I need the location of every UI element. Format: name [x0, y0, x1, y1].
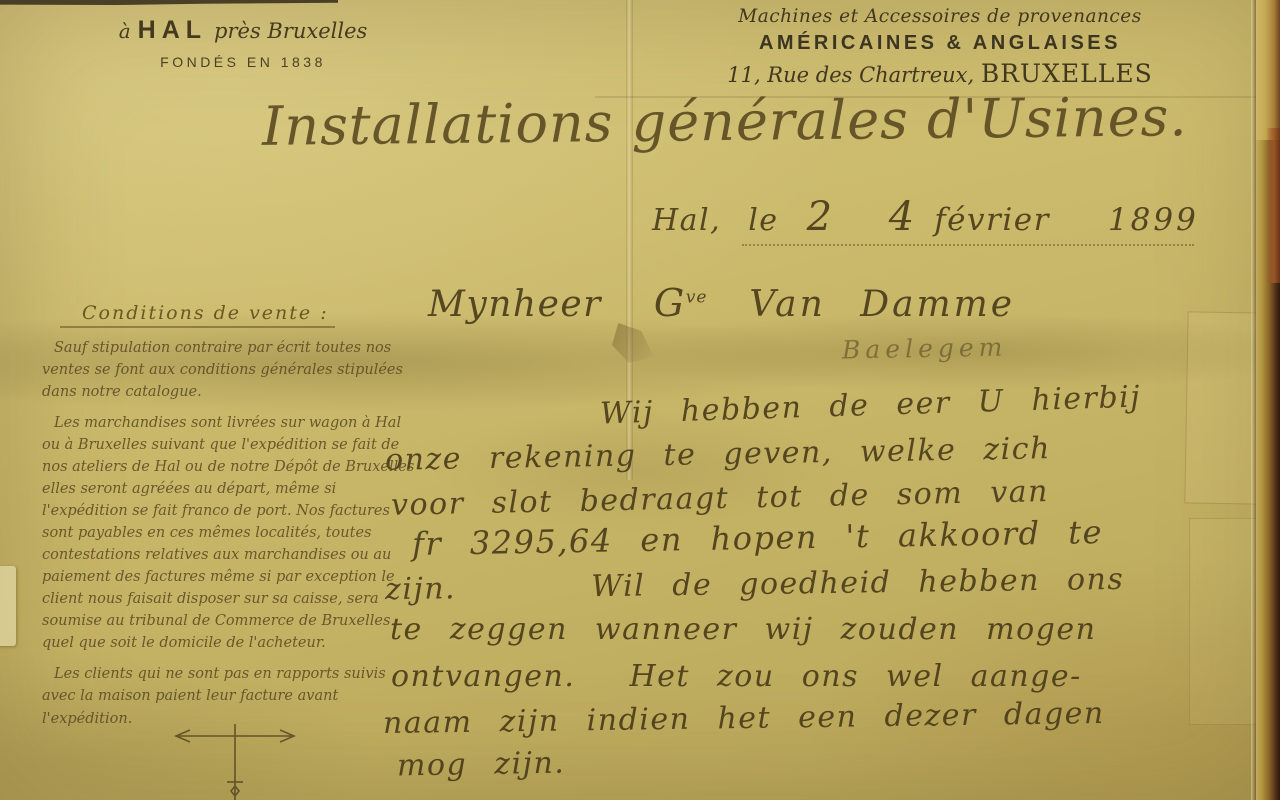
- tape-fragment-left: [0, 566, 16, 646]
- founded-line: FONDÉS EN 1838: [118, 54, 368, 70]
- paper-edge-top: [1256, 0, 1280, 140]
- cutoff-print-strip: [0, 0, 338, 5]
- conditions-heading: Conditions de vente :: [60, 302, 335, 328]
- body-line: mog zijn.: [397, 746, 566, 784]
- body-line: zijn. Wil de goedheid hebben ons: [385, 562, 1125, 607]
- addressee-salutation: Mynheer: [428, 284, 602, 325]
- body-line: ontvangen. Het zou ons wel aange-: [391, 659, 1082, 694]
- addressee-initial: Gve: [654, 281, 708, 325]
- body-line: fr 3295,64 en hopen 't akkoord te: [412, 513, 1104, 563]
- date-year: 1899: [1108, 202, 1199, 238]
- date-month: février: [934, 202, 1050, 238]
- addressee-name: Van Damme: [749, 284, 1015, 325]
- addressee-initial-sup: ve: [686, 287, 708, 307]
- letterhead-a: à: [119, 19, 131, 43]
- company-street: 11, Rue des Chartreux,: [727, 63, 974, 87]
- company-address-line: 11, Rue des Chartreux, BRUXELLES: [690, 59, 1190, 88]
- company-services-line: Machines et Accessoires de provenances: [690, 6, 1190, 27]
- company-city: BRUXELLES: [981, 59, 1153, 88]
- body-line: Wij hebben de eer U hierbij: [600, 380, 1142, 432]
- letterhead-right: Machines et Accessoires de provenances A…: [690, 6, 1190, 88]
- conditions-block: Conditions de vente : Sauf stipulation c…: [42, 302, 420, 730]
- date-line: Hal, le 2 4 février 1899: [652, 194, 1199, 240]
- letterhead-place: HAL: [138, 16, 207, 45]
- addressee-line: Mynheer Gve Van Damme: [428, 281, 1015, 325]
- company-countries-line: AMÉRICAINES & ANGLAISES: [690, 32, 1190, 55]
- addressee-city: Baelegem: [842, 333, 1008, 365]
- letter-photograph: à HAL près Bruxelles FONDÉS EN 1838 Mach…: [0, 0, 1280, 800]
- cross-arrow-ornament-icon: [150, 716, 320, 800]
- letterhead-left: à HAL près Bruxelles FONDÉS EN 1838: [118, 16, 368, 70]
- conditions-paragraph: Les marchandises sont livrées sur wagon …: [42, 412, 420, 654]
- body-line: onze rekening te geven, welke zich: [385, 431, 1051, 478]
- body-line: naam zijn indien het een dezer dagen: [383, 696, 1105, 741]
- date-day: 2 4: [807, 194, 929, 240]
- paper-tear: [612, 323, 654, 363]
- body-line: te zeggen wanneer wij zouden mogen: [390, 612, 1096, 647]
- conditions-paragraph: Sauf stipulation contraire par écrit tou…: [42, 337, 420, 403]
- letterhead-place-line: à HAL près Bruxelles: [118, 16, 368, 45]
- letterhead-near: près Bruxelles: [214, 19, 367, 43]
- tape-repair-patch: [1189, 518, 1259, 725]
- paper-edge-stain: [1266, 128, 1280, 283]
- date-place-label: Hal, le: [652, 203, 779, 238]
- letter-title: Installations générales d'Usines.: [262, 85, 1183, 158]
